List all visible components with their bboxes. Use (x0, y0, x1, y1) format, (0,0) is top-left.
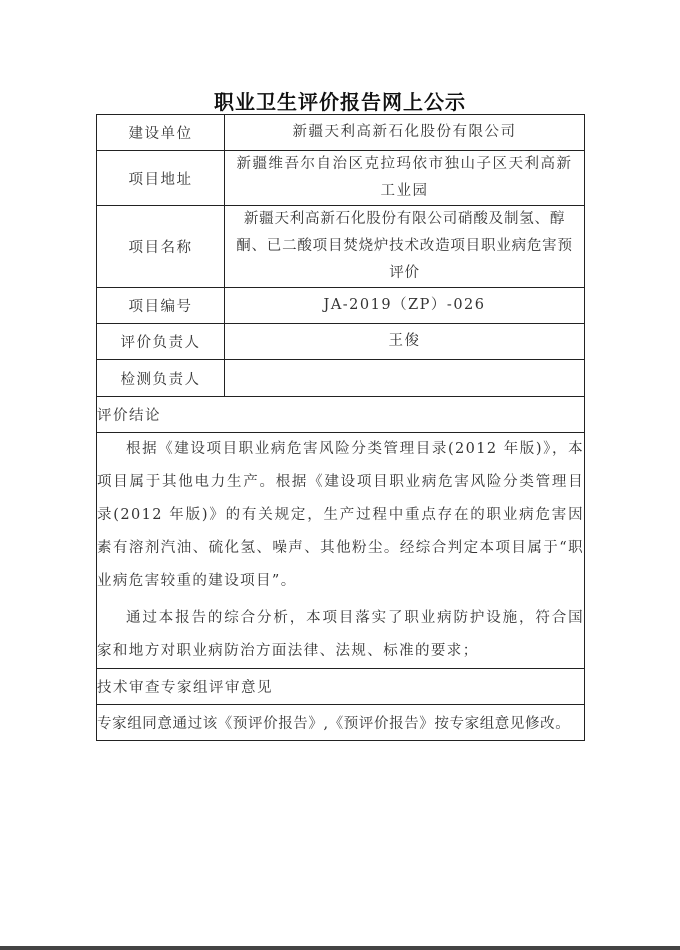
document-title: 职业卫生评价报告网上公示 (0, 86, 680, 115)
label-project-address: 项目地址 (97, 151, 225, 206)
expert-review-opinion: 专家组同意通过该《预评价报告》,《预评价报告》按专家组意见修改。 (97, 705, 585, 741)
value-project-address: 新疆维吾尔自治区克拉玛依市独山子区天利高新工业园 (225, 151, 585, 206)
row-project-name: 项目名称 新疆天利高新石化股份有限公司硝酸及制氢、醇酮、已二酸项目焚烧炉技术改造… (97, 206, 585, 288)
label-project-number: 项目编号 (97, 288, 225, 324)
row-evaluation-lead: 评价负责人 王俊 (97, 324, 585, 360)
value-testing-lead (225, 360, 585, 397)
row-conclusion-heading: 评价结论 (97, 397, 585, 433)
value-project-number: JA-2019（ZP）-026 (225, 288, 585, 324)
label-testing-lead: 检测负责人 (97, 360, 225, 397)
conclusion-paragraph-1: 根据《建设项目职业病危害风险分类管理目录(2012 年版)》，本项目属于其他电力… (97, 433, 584, 598)
conclusion-body: 根据《建设项目职业病危害风险分类管理目录(2012 年版)》，本项目属于其他电力… (97, 433, 585, 669)
label-evaluation-lead: 评价负责人 (97, 324, 225, 360)
row-expert-review-opinion: 专家组同意通过该《预评价报告》,《预评价报告》按专家组意见修改。 (97, 705, 585, 741)
row-testing-lead: 检测负责人 (97, 360, 585, 397)
page-bottom-border (0, 946, 680, 950)
info-table: 建设单位 新疆天利高新石化股份有限公司 项目地址 新疆维吾尔自治区克拉玛依市独山… (96, 114, 585, 741)
value-construction-unit: 新疆天利高新石化股份有限公司 (225, 115, 585, 151)
value-evaluation-lead: 王俊 (225, 324, 585, 360)
label-construction-unit: 建设单位 (97, 115, 225, 151)
conclusion-paragraph-2: 通过本报告的综合分析，本项目落实了职业病防护设施，符合国家和地方对职业病防治方面… (97, 602, 584, 668)
expert-review-heading: 技术审查专家组评审意见 (97, 669, 585, 705)
conclusion-heading: 评价结论 (97, 397, 585, 433)
row-conclusion-body: 根据《建设项目职业病危害风险分类管理目录(2012 年版)》，本项目属于其他电力… (97, 433, 585, 669)
label-project-name: 项目名称 (97, 206, 225, 288)
row-construction-unit: 建设单位 新疆天利高新石化股份有限公司 (97, 115, 585, 151)
row-project-number: 项目编号 JA-2019（ZP）-026 (97, 288, 585, 324)
row-expert-review-heading: 技术审查专家组评审意见 (97, 669, 585, 705)
value-project-name: 新疆天利高新石化股份有限公司硝酸及制氢、醇酮、已二酸项目焚烧炉技术改造项目职业病… (225, 206, 585, 288)
row-project-address: 项目地址 新疆维吾尔自治区克拉玛依市独山子区天利高新工业园 (97, 151, 585, 206)
